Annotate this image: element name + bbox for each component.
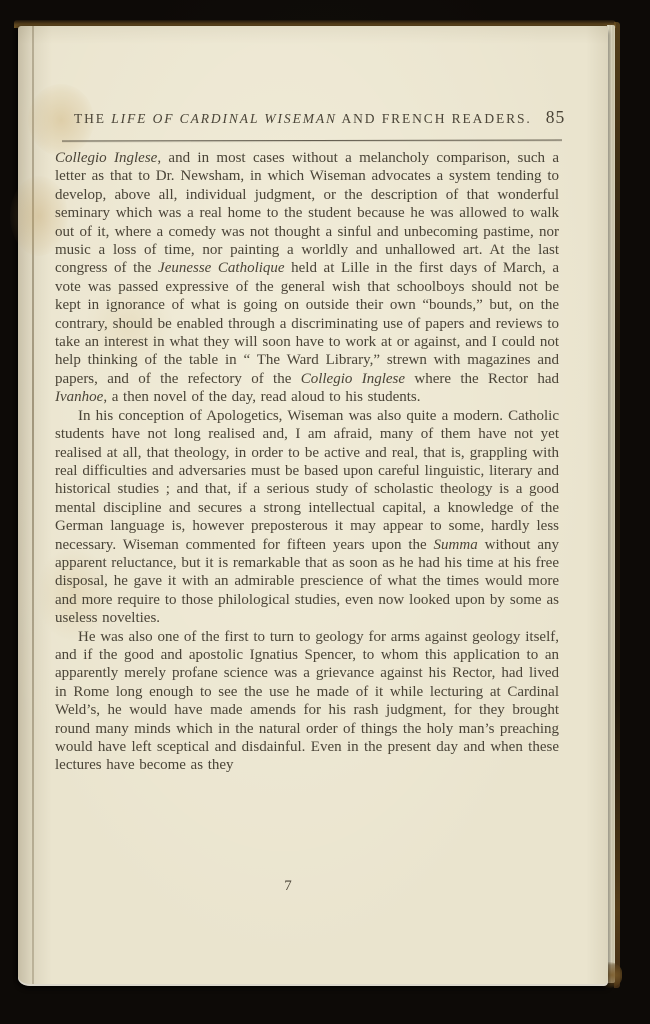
italic-phrase: Collegio Inglese — [301, 371, 405, 387]
text-segment: , and in most cases without a melancholy… — [55, 150, 559, 276]
running-header-title: THE LIFE OF CARDINAL WISEMAN AND FRENCH … — [74, 111, 532, 127]
italic-phrase: Jeunesse Catholique — [158, 260, 285, 276]
page-number: 85 — [546, 107, 566, 128]
paragraph: Collegio Inglese, and in most cases with… — [55, 149, 559, 407]
header-rule — [62, 139, 562, 141]
page-edge-stack — [607, 25, 615, 983]
text-block: Collegio Inglese, and in most cases with… — [55, 149, 559, 775]
running-header: THE LIFE OF CARDINAL WISEMAN AND FRENCH … — [74, 107, 546, 128]
italic-phrase: Collegio Inglese — [55, 150, 157, 166]
italic-phrase: Summa — [434, 537, 478, 553]
paragraph: He was also one of the first to turn to … — [55, 628, 559, 775]
text-segment: In his conception of Apologetics, Wisema… — [55, 408, 559, 553]
italic-phrase: Ivanhoe — [55, 389, 103, 405]
gutter-crease — [32, 26, 34, 984]
header-prefix: THE — [74, 111, 111, 126]
text-segment: held at Lille in the first days of March… — [55, 260, 559, 386]
signature-mark: 7 — [258, 878, 318, 895]
text-segment: , a then novel of the day, read aloud to… — [103, 389, 420, 405]
paragraph: In his conception of Apologetics, Wisema… — [55, 407, 559, 628]
book-page: THE LIFE OF CARDINAL WISEMAN AND FRENCH … — [18, 26, 608, 984]
header-book-title: LIFE OF CARDINAL WISEMAN — [111, 111, 337, 126]
text-segment: where the Rector had — [405, 371, 559, 387]
text-segment: He was also one of the first to turn to … — [55, 629, 559, 774]
header-suffix: AND FRENCH READERS. — [337, 111, 532, 126]
